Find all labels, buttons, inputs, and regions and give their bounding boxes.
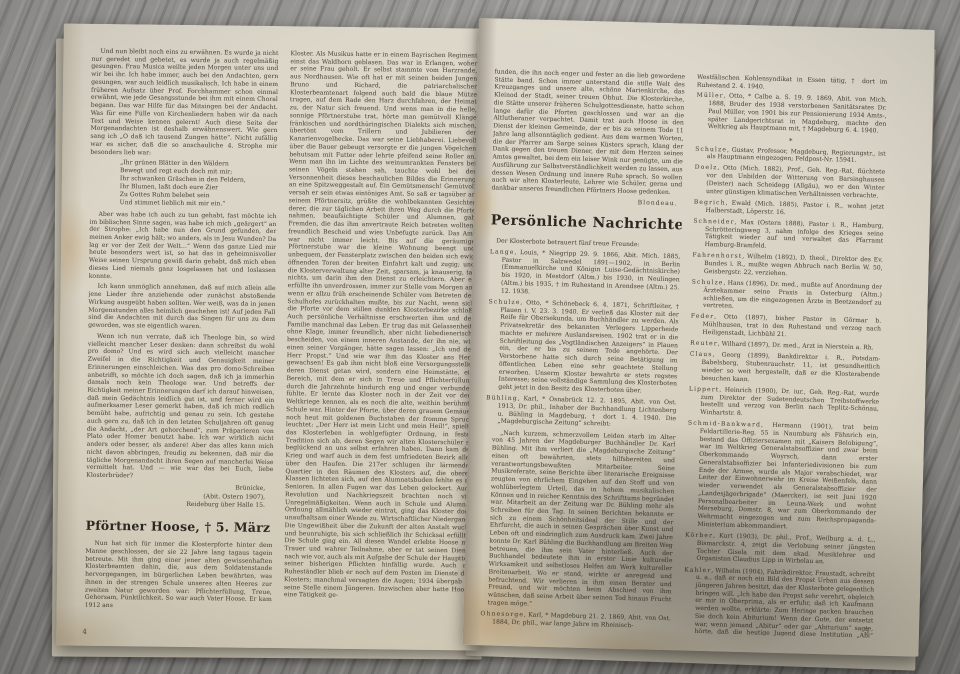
person-entry: Müller, Otto, * Calbe a. S. 19. 9. 1869,… (696, 92, 887, 136)
person-entry: Ohnesorge, Karl, * Magdeburg 21. 2. 1869… (480, 610, 671, 630)
person-entry: Kahler, Wilhelm (1904), Fabrikdirektor, … (682, 566, 874, 638)
person-text: , Wilhard (1897), Dr. med., Arzt in Nier… (718, 341, 874, 352)
right-column-2: Westfälischen Kohlensyndikat in Essen tä… (682, 74, 887, 639)
paragraph: Und nun bleibt noch eins zu erwähnen. Es… (90, 48, 278, 159)
person-name: Reuter (690, 340, 718, 348)
person-name: Körber (685, 532, 713, 540)
person-entry: Schneider, Max (Ostern 1888), Pastor i. … (693, 218, 884, 254)
paragraph: Nun hat sich für immer die Klosterpforte… (85, 540, 273, 610)
signature-line: Reideburg über Halle 15. (86, 500, 265, 511)
person-text: , Hermann (1901), trat beim Feldartiller… (697, 422, 878, 530)
page-number-left: 4 (82, 628, 87, 636)
person-name: Bühling (486, 395, 518, 403)
person-entry: Fahrenhorst, Wilhelm (1892), D. theol., … (692, 252, 883, 280)
obituary-heading: Pförtner Hoose, † 5. März 1940 (86, 518, 273, 536)
person-entry: Lange, Louis, * Niegripp 29. 9. 1866, Ab… (489, 248, 681, 299)
person-name: Claus (690, 351, 713, 359)
person-entry: Reuter, Wilhard (1897), Dr. med., Arzt i… (690, 340, 881, 353)
paragraph: Kloster. Als Musikus hatte er in einem B… (284, 50, 478, 601)
person-text: , Wilhelm (1904), Fabrikdirektor, Fraust… (694, 567, 875, 639)
section-heading: Persönliche Nachrichten (490, 213, 681, 236)
person-entry: Schmid-Bankward, Hermann (1901), trat be… (685, 420, 878, 533)
person-text: , Otto (Mich. 1882), Prof., Geh. Reg.-Ra… (706, 165, 885, 199)
paragraph: Aber was habe ich auch zu tun gehabt, fa… (89, 211, 277, 283)
person-name: Feder (691, 313, 715, 321)
person-entry: Lippert, Heinrich (1900), Dr. iur., Geh.… (688, 385, 879, 421)
person-name: Schneider (693, 218, 734, 226)
person-entry: Schulze, Otto, * Schönebeck 6. 4. 1871, … (486, 298, 679, 396)
person-name: Begrich (694, 199, 726, 207)
person-text: , Karl, * Osnabrück 12. 2. 1895, Abit. v… (497, 395, 676, 428)
person-text: , Georg (1899), Bankdirektor i. R., Pots… (701, 352, 880, 383)
left-page: Und nun bleibt noch eins zu erwähnen. Es… (56, 23, 488, 650)
person-text: , Otto, * Calbe a. S. 19. 9. 1869, Abit.… (708, 93, 887, 135)
poem-block: „Ihr grünen Blätter in den Wäldern Beweg… (120, 159, 278, 208)
person-name: Schulze (488, 298, 520, 306)
person-name: Fahrenhorst (692, 252, 742, 260)
person-entry: Doelz, Otto (Mich. 1882), Prof., Geh. Re… (694, 164, 885, 200)
person-name: Müller (696, 92, 723, 100)
newspaper-quote: „Nach kurzem, schmerzvollem Leiden starb… (481, 429, 676, 612)
person-name: Schulze (695, 145, 727, 153)
paragraph: Ich kann unmöglich annehmen, daß auf mic… (88, 283, 276, 332)
person-name: Doelz (695, 164, 718, 172)
person-text: , Gustav, Professor, Magdeburg, Regierun… (707, 146, 886, 164)
paragraph: funden, die ihn noch enger und fester an… (491, 68, 685, 197)
right-page: funden, die ihn noch enger und fester an… (463, 18, 935, 657)
left-column-2: Kloster. Als Musikus hatte er in einem B… (284, 50, 478, 612)
person-name: Lange (490, 248, 515, 256)
person-text: , Heinrich (1900), Dr. iur., Geh. Reg.-R… (700, 386, 879, 417)
person-entry: Schulze, Gustav, Professor, Magdeburg, R… (695, 145, 886, 165)
photo-of-document: { "document": { "left_page": { "page_num… (0, 0, 960, 674)
continuation-paragraph: Westfälischen Kohlensyndikat in Essen tä… (697, 74, 888, 94)
person-name: Kahler (684, 566, 711, 574)
person-text: , Kurt (1903), Dr. phil., Prof., Weilbur… (696, 532, 875, 565)
person-text: , Otto (1897), bisher Pastor in Görmar b… (702, 314, 881, 338)
left-page-columns: Und nun bleibt noch eins zu erwähnen. Es… (85, 48, 478, 613)
person-text: , Louis, * Niegripp 29. 9. 1866, Abit. M… (501, 249, 681, 295)
poem-line: Und stimmet lieblich mit mir ein.“ (120, 199, 277, 209)
person-text: , Hans (1896), Dr. med., mußte auf Anord… (703, 280, 882, 310)
person-name: Lippert (689, 385, 720, 393)
person-name: Schulze (692, 279, 724, 287)
left-column-1: Und nun bleibt noch eins zu erwähnen. Es… (85, 48, 279, 610)
person-entry: Schulze, Hans (1896), Dr. med., mußte au… (691, 279, 882, 315)
person-text: , Ewald (Mich. 1885), Pastor i. R., wohn… (705, 199, 884, 215)
right-column-1: funden, die ihn noch enger und fester an… (480, 68, 685, 633)
person-entry: Körber, Kurt (1903), Dr. phil., Prof., W… (684, 532, 875, 568)
page-number-right: 5 (865, 627, 870, 635)
person-entry: Feder, Otto (1897), bisher Pastor in Gör… (690, 313, 881, 341)
person-entry: Bühling, Karl, * Osnabrück 12. 2. 1895, … (485, 395, 676, 431)
person-name: Ohnesorge (480, 610, 524, 618)
right-page-columns: funden, die ihn noch enger und fester an… (480, 68, 888, 638)
person-text: , Otto, * Schönebeck 6. 4. 1871, Schrift… (498, 299, 679, 394)
paragraph: Wenn ich nun verrate, daß ich Theologe b… (86, 333, 275, 482)
person-entry: Begrich, Ewald (Mich. 1885), Pastor i. R… (693, 199, 884, 219)
author-byline: Blondeau. (491, 195, 678, 208)
person-entry: Claus, Georg (1899), Bankdirektor i. R.,… (689, 351, 880, 387)
author-signature: Brünicke, (Abit. Ostern 1907), Reideburg… (86, 483, 265, 512)
